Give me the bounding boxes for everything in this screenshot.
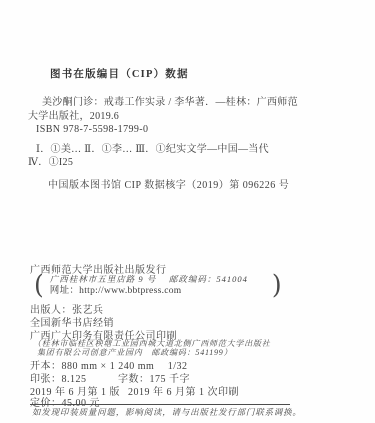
classification-line-2: Ⅳ．①I25 (28, 157, 328, 170)
publisher-address: 广西桂林市五里店路 9 号 邮政编码：541004 (50, 273, 248, 285)
quality-note: 如发现印装质量问题，影响阅读，请与出版社发行部门联系调换。 (32, 406, 302, 418)
printing-date: 2019 年 6 月第 1 次印刷 (128, 383, 239, 398)
cip-entry: 美沙酮门诊：戒毒工作实录 / 李华著．—桂林：广西师范 大学出版社，2019.6… (28, 96, 328, 137)
divider-rule (30, 404, 290, 405)
publisher-address-lines: 广西桂林市五里店路 9 号 邮政编码：541004 网址：http://www.… (50, 273, 248, 297)
website-line: 网址：http://www.bbtpress.com (50, 285, 248, 297)
classification-line-1: Ⅰ．①美… Ⅱ．①李… Ⅲ．①纪实文学—中国—当代 (28, 144, 328, 157)
cip-publisher-line: 大学出版社，2019.6 (28, 110, 328, 124)
publisher-address-group: ( 广西桂林市五里店路 9 号 邮政编码：541004 网址：http://ww… (34, 272, 282, 297)
copyright-page: 图书在版编目（CIP）数据 美沙酮门诊：戒毒工作实录 / 李华著．—桂林：广西师… (0, 0, 375, 423)
open-paren: ( (34, 271, 44, 297)
classification-block: Ⅰ．①美… Ⅱ．①李… Ⅲ．①纪实文学—中国—当代 Ⅳ．①I25 (28, 144, 328, 169)
cip-header: 图书在版编目（CIP）数据 (50, 66, 189, 81)
cip-record-number: 中国版本图书馆 CIP 数据核字（2019）第 096226 号 (48, 176, 289, 191)
isbn-line: ISBN 978-7-5598-1799-0 (28, 123, 328, 137)
cip-title-line: 美沙酮门诊：戒毒工作实录 / 李华著．—桂林：广西师范 (28, 96, 328, 110)
close-paren: ) (272, 271, 282, 297)
